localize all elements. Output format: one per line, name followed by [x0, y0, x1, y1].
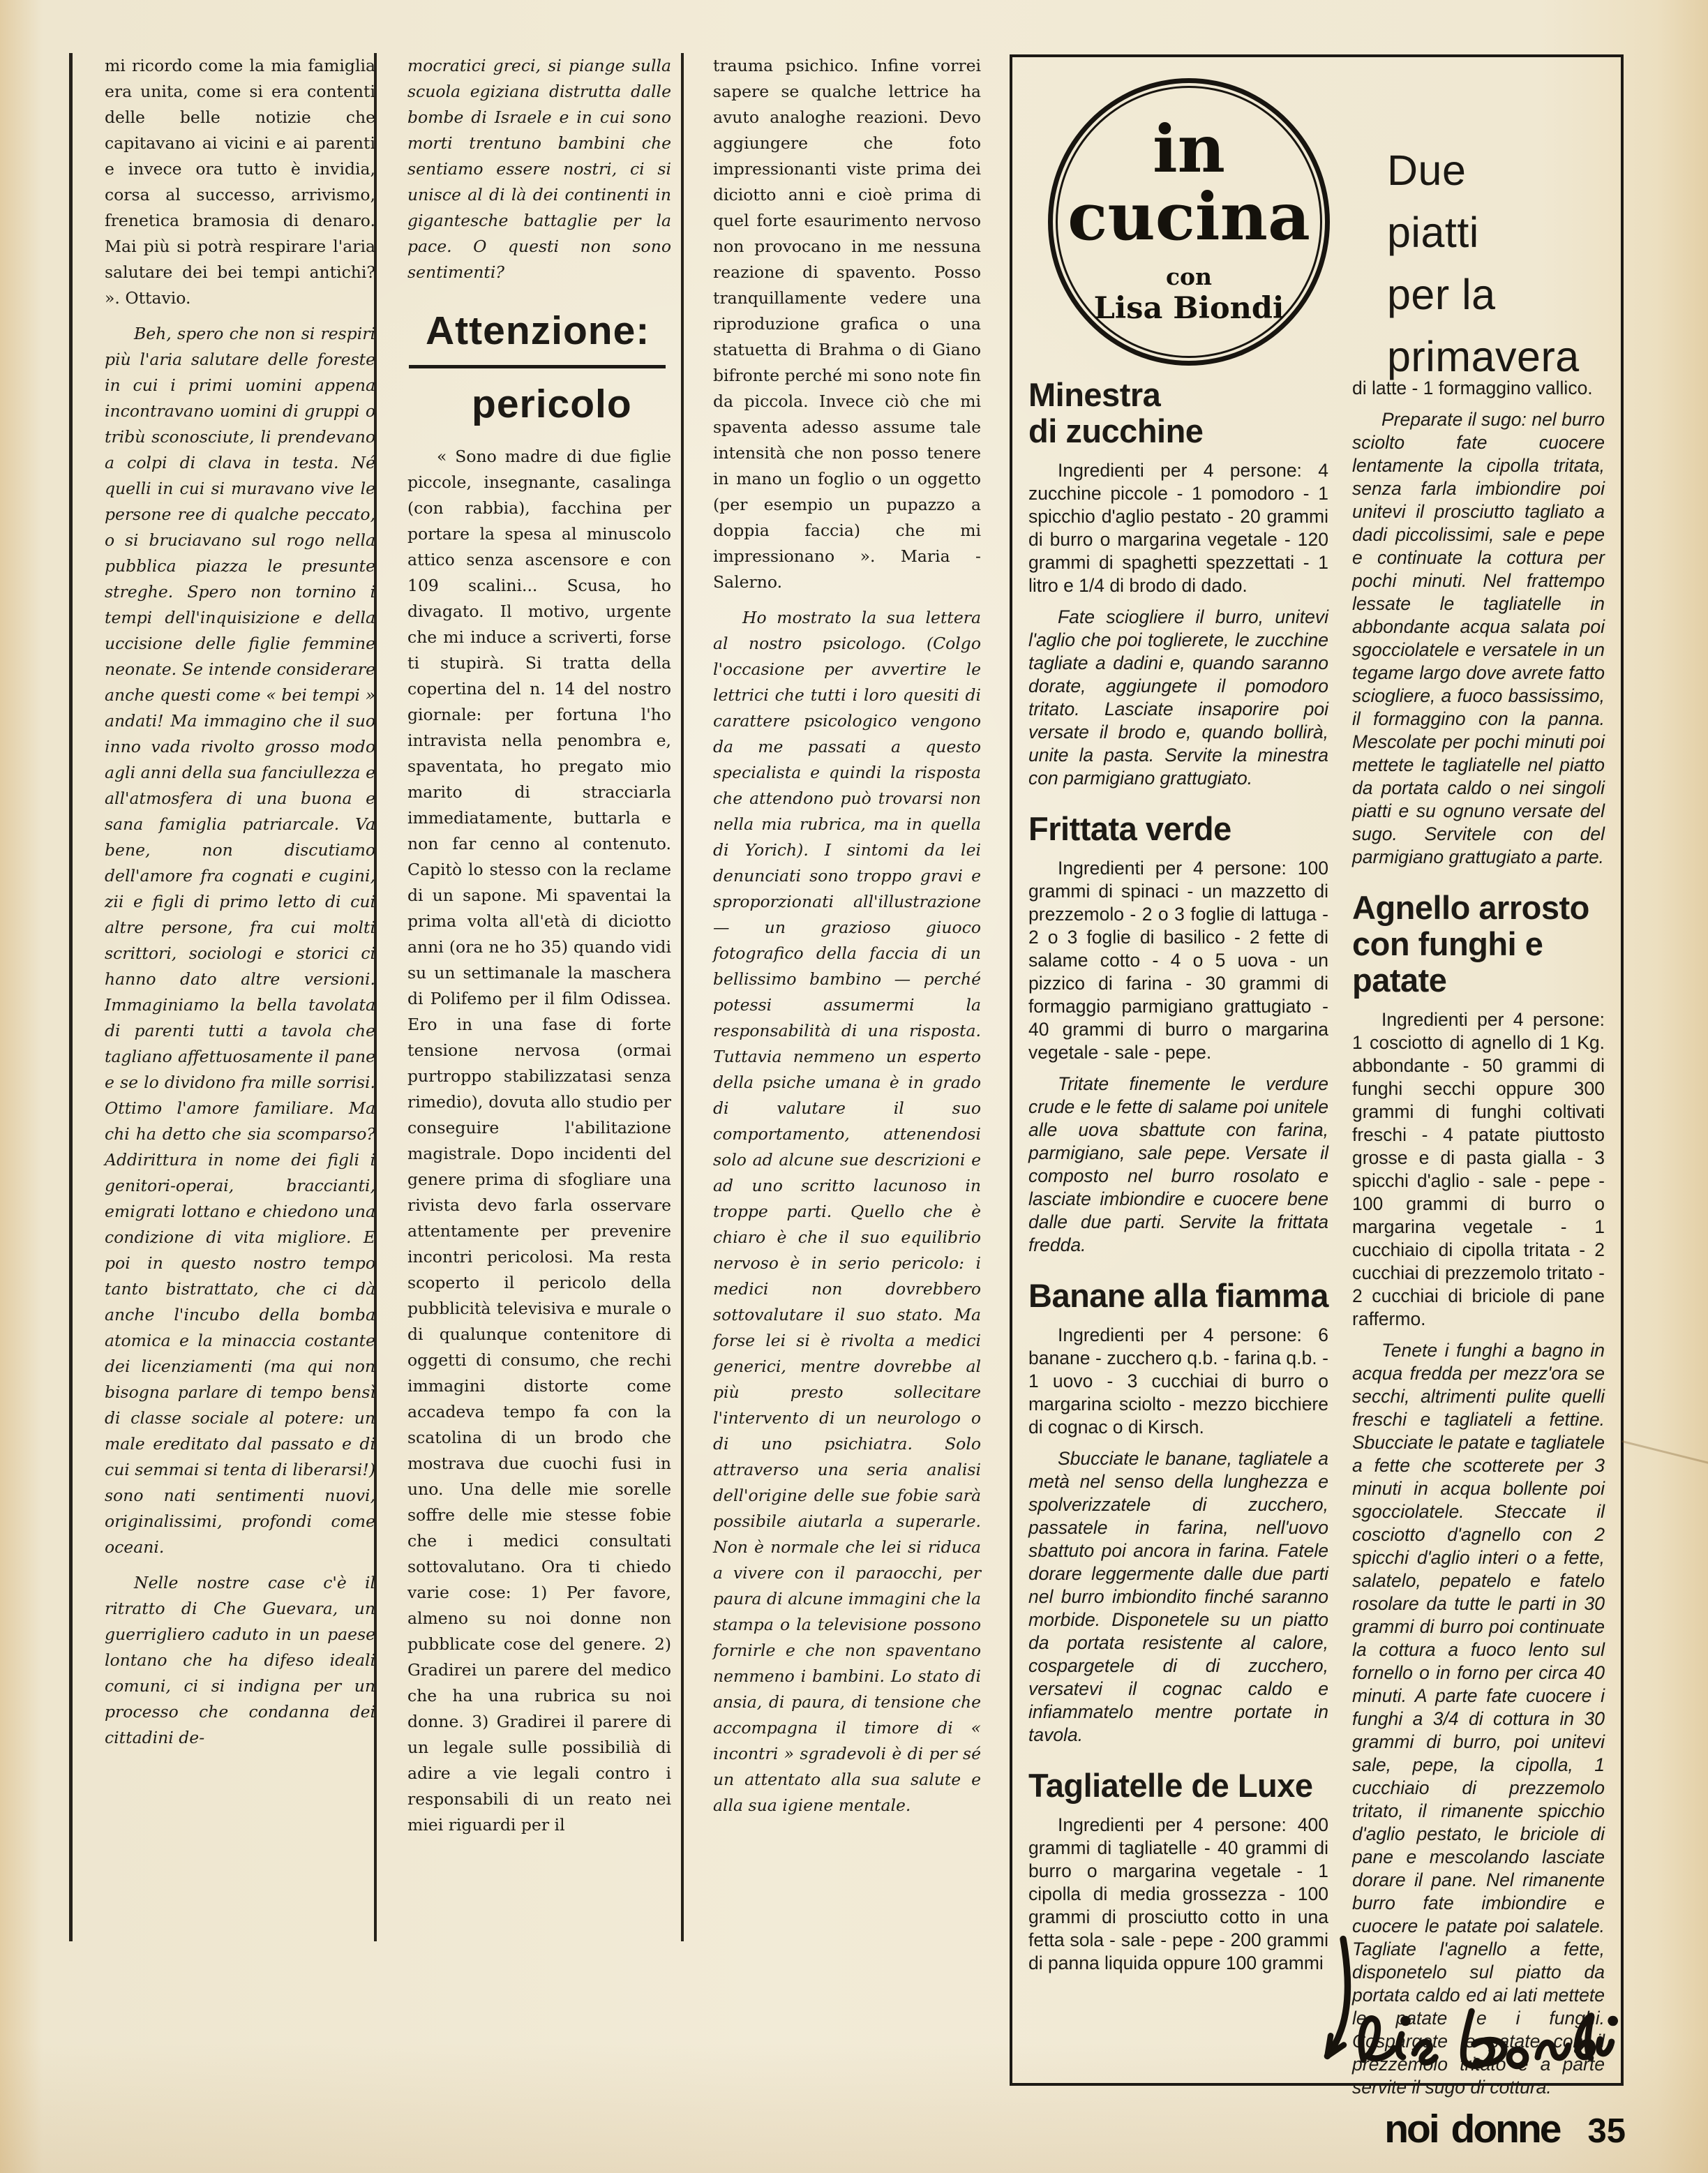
- recipe-ingredients-minestra: Ingredienti per 4 persone: 4 zucchine pi…: [1028, 459, 1328, 597]
- recipe-column-right: di latte - 1 formaggino vallico.Preparat…: [1352, 377, 1605, 2107]
- logo-line-in: in: [1153, 118, 1225, 181]
- text-column-3: trauma psichico. Infine vorrei sapere se…: [713, 53, 981, 1828]
- column-rule-2-3: [681, 53, 684, 1941]
- recipe-title-frittata: Frittata verde: [1028, 811, 1328, 847]
- logo-line-con: con: [1166, 263, 1212, 291]
- recipe-ingredients-agnello: Ingredienti per 4 persone: 1 cosciotto d…: [1352, 1008, 1605, 1331]
- magazine-logotype: noi donne: [1384, 2107, 1559, 2151]
- logo-line-cucina: cucina: [1067, 181, 1310, 253]
- recipe-title-agnello: Agnello arrosto con funghi e patate: [1352, 890, 1605, 999]
- in-cucina-logo: in cucina con Lisa Biondi: [1048, 78, 1330, 366]
- recipe-ingredients-tagliatelle-cont: di latte - 1 formaggino vallico.: [1352, 377, 1605, 400]
- down-arrow-icon: [1309, 1932, 1355, 2077]
- text-column-2: mocratici greci, si piange sulla scuola …: [407, 53, 671, 1848]
- logo-text: in cucina con Lisa Biondi: [1048, 78, 1330, 366]
- column-rule-left: [69, 53, 73, 1941]
- box-title: Due piatti per la primavera: [1387, 140, 1617, 388]
- section-heading-pericolo: pericolo: [407, 382, 671, 426]
- magazine-page: mi ricordo come la mia famiglia era unit…: [0, 0, 1708, 2173]
- paper-crease: [1621, 1440, 1708, 1468]
- recipe-ingredients-banane: Ingredienti per 4 persone: 6 banane - zu…: [1028, 1324, 1328, 1439]
- recipe-method-minestra: Fate sciogliere il burro, unitevi l'agli…: [1028, 606, 1328, 790]
- recipe-title-minestra: Minestra di zucchine: [1028, 377, 1328, 449]
- recipe-method-tagliatelle: Preparate il sugo: nel burro sciolto fat…: [1352, 408, 1605, 869]
- recipe-ingredients-tagliatelle: Ingredienti per 4 persone: 400 grammi di…: [1028, 1814, 1328, 1975]
- heading-underline: [409, 365, 666, 368]
- recipe-method-frittata: Tritate finemente le verdure crude e le …: [1028, 1073, 1328, 1257]
- reply-to-ottavio-3: mocratici greci, si piange sulla scuola …: [407, 53, 671, 285]
- logo-line-lisa-biondi: Lisa Biondi: [1094, 291, 1284, 326]
- letter-maria-end: trauma psichico. Infine vorrei sapere se…: [713, 53, 981, 595]
- lisa-biondi-signature: [1351, 1990, 1624, 2095]
- reply-to-ottavio-2: Nelle nostre case c'è il ritratto di Che…: [105, 1570, 375, 1751]
- recipe-method-agnello: Tenete i funghi a bagno in acqua fredda …: [1352, 1339, 1605, 2099]
- recipe-method-banane: Sbucciate le banane, tagliatele a metà n…: [1028, 1447, 1328, 1747]
- recipe-title-banane: Banane alla fiamma: [1028, 1278, 1328, 1314]
- letter-ottavio-end: mi ricordo come la mia famiglia era unit…: [105, 53, 375, 311]
- page-number: 35: [1587, 2112, 1626, 2150]
- reply-to-ottavio: Beh, spero che non si respiri più l'aria…: [105, 321, 375, 1560]
- text-column-1: mi ricordo come la mia famiglia era unit…: [105, 53, 375, 1761]
- reply-to-maria: Ho mostrato la sua lettera al nostro psi…: [713, 605, 981, 1819]
- recipe-column-left: Minestra di zucchineIngredienti per 4 pe…: [1028, 377, 1328, 1983]
- recipe-title-tagliatelle: Tagliatelle de Luxe: [1028, 1768, 1328, 1804]
- section-heading-attenzione: Attenzione:: [407, 309, 671, 352]
- page-footer: noi donne35: [1179, 2106, 1626, 2152]
- letter-maria: « Sono madre di due figlie piccole, inse…: [407, 444, 671, 1838]
- recipe-ingredients-frittata: Ingredienti per 4 persone: 100 grammi di…: [1028, 857, 1328, 1064]
